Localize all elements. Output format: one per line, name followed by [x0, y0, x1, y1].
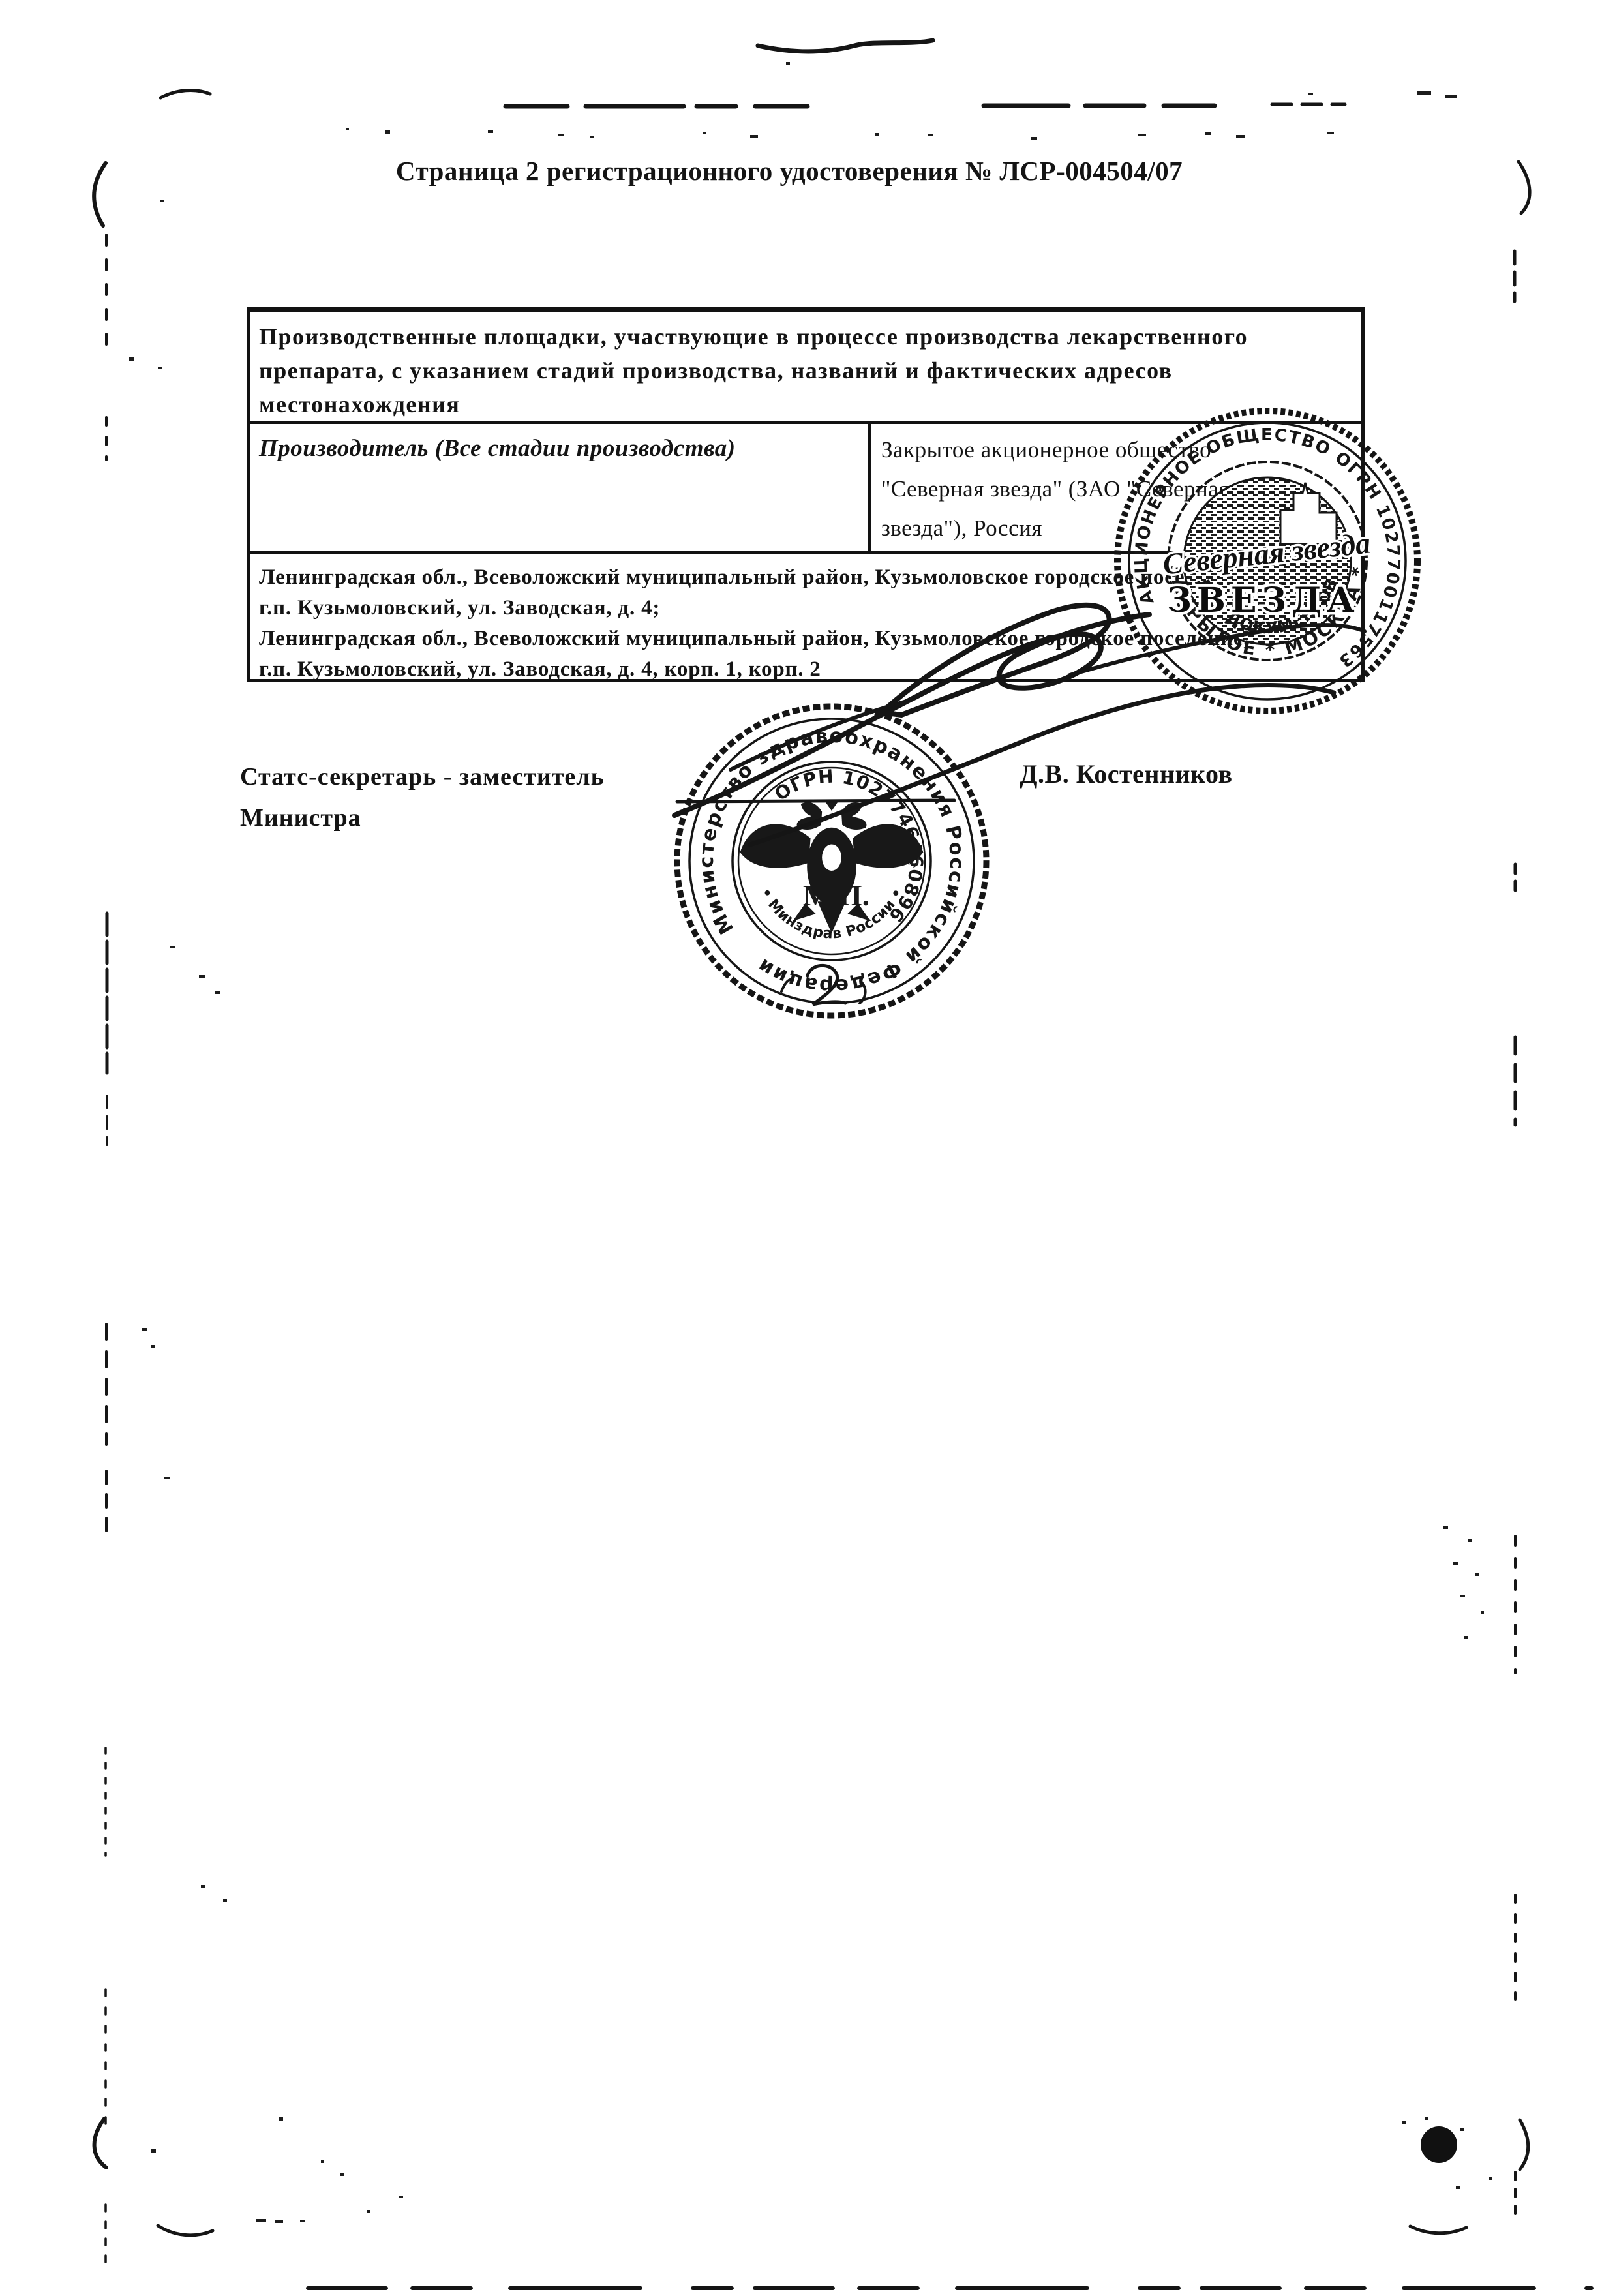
ink-tick [860, 982, 866, 1003]
handwritten-two [808, 965, 845, 1004]
top-fold-wave [758, 40, 933, 52]
right-paren-mark [1519, 162, 1530, 213]
scan-arc [1410, 2226, 1466, 2233]
ink-tick [781, 980, 793, 991]
scanned-certificate-page: Страница 2 регистрационного удостоверени… [0, 0, 1602, 2296]
scan-arc [160, 90, 210, 98]
signature-flourish [750, 685, 1334, 845]
right-paren-mark [1520, 2120, 1528, 2169]
scan-ink-layer [0, 0, 1602, 2296]
scan-specks [129, 62, 1492, 2223]
scan-arc [158, 2226, 213, 2235]
signature-flourish [1070, 625, 1365, 675]
left-paren-mark [95, 2119, 106, 2168]
signature-line[interactable] [677, 800, 954, 802]
punch-hole-dot [1421, 2126, 1457, 2163]
left-paren-mark [94, 163, 106, 226]
